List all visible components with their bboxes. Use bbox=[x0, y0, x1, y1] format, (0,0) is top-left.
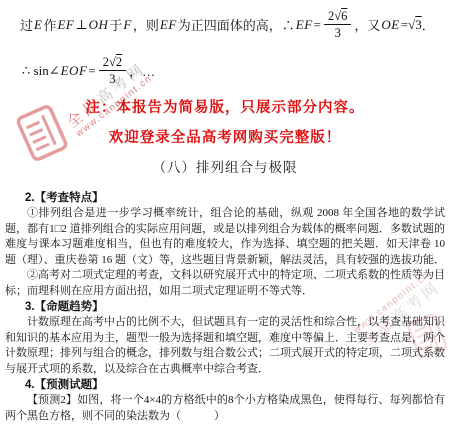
paragraph-exam-features-2: ②高考对二项式定理的考查，文科以研究展开式中的特定项、二项式系数的性质等为目标；… bbox=[5, 268, 445, 299]
heading-exam-features: 2.【考查特点】 bbox=[25, 190, 445, 206]
section-title: （八）排列组合与极限 bbox=[0, 156, 450, 176]
fraction-2root2-over-3: 2√23 bbox=[99, 55, 126, 87]
proof-line-2: ∴ sin∠EOF = 2√23，… bbox=[22, 55, 155, 87]
heading-predicted-questions: 4.【预测试题】 bbox=[25, 377, 445, 393]
document-body: 2.【考查特点】 ①排列组合是进一步学习概率统计，组合论的基础，纵观 2008 … bbox=[5, 190, 445, 424]
radical-sign: √ bbox=[109, 55, 116, 69]
radical-sign: √ bbox=[408, 17, 415, 33]
proof-line-1: 过 E 作 EF ⊥OH 于 F，则 EF 为正四面体的高，∴ EF = 2√6… bbox=[20, 9, 435, 41]
angle-symbol: ∠ bbox=[49, 63, 60, 79]
perpendicular-symbol: ⊥ bbox=[75, 17, 87, 33]
notice-line-2: 欢迎登录全品高考网购买完整版！ bbox=[0, 126, 450, 147]
heading-proposition-trend: 3.【命题趋势】 bbox=[25, 299, 445, 315]
notice-line-1: 注：本报告为简易版，只展示部分内容。 bbox=[0, 96, 450, 117]
document-page: 全品高考网 www.canpoint.cn www.canpoint.cn 全品… bbox=[0, 0, 450, 426]
paragraph-proposition-trend: 计数原理在高考中占的比例不大，但试题具有一定的灵活性和综合性，以考查基础知识和知… bbox=[5, 315, 445, 377]
paragraph-prediction-2: 【预测2】如图，将一个4×4的方格纸中的8个小方格染成黑色，使得每行、每列都恰有… bbox=[5, 393, 445, 424]
paragraph-exam-features-1: ①排列组合是进一步学习概率统计，组合论的基础，纵观 2008 年全国各地的数学试… bbox=[5, 206, 445, 268]
fraction-2root6-over-3: 2√63 bbox=[324, 9, 351, 41]
